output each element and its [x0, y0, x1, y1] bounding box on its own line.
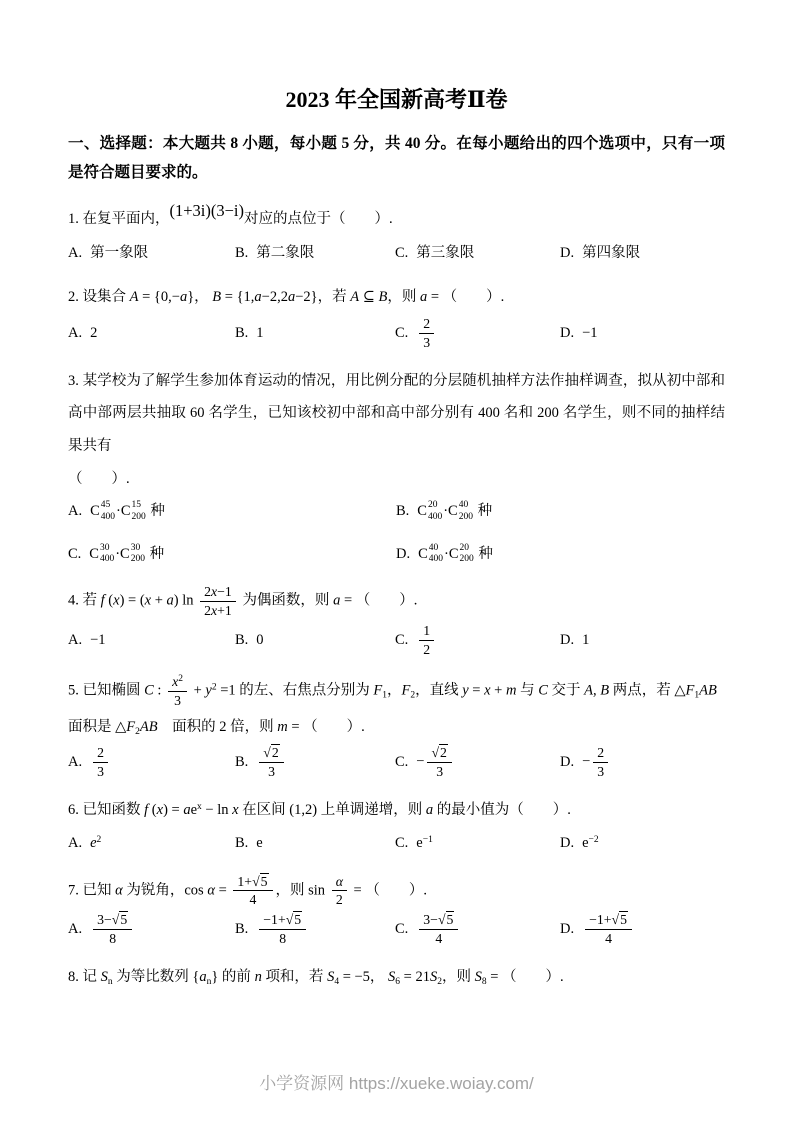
- question-3: 3. 某学校为了解学生参加体育运动的情况，用比例分配的分层随机抽样方法作抽样调查…: [68, 365, 725, 571]
- square-root: √5: [286, 911, 302, 927]
- option-C: C.−√23: [395, 743, 560, 782]
- option-label: D.: [560, 245, 574, 261]
- option-D: D.e−2: [560, 827, 725, 860]
- question-stem: 4. 若 f (x) = (x + a) ln 2x−12x+1 为偶函数，则 …: [68, 582, 725, 621]
- combination-indices: 30400: [100, 543, 114, 566]
- option-A: A.3−√58: [68, 910, 235, 949]
- fraction: 23: [593, 744, 608, 781]
- option-label: A.: [68, 835, 82, 851]
- option-A: A.23: [68, 743, 235, 782]
- option-label: C.: [395, 245, 408, 261]
- option-label: C.: [395, 921, 408, 937]
- option-C: C.e−1: [395, 827, 560, 860]
- option-A: A.C45400·C15200 种: [68, 495, 396, 528]
- combination-indices: 20400: [428, 500, 442, 523]
- option-label: D.: [560, 632, 574, 648]
- option-D: D.第四象限: [560, 237, 725, 270]
- option-label: B.: [235, 325, 248, 341]
- page-title: 2023 年全国新高考Ⅱ卷: [68, 86, 725, 115]
- fraction: α2: [332, 873, 347, 910]
- option-label: C.: [395, 632, 408, 648]
- option-label: C.: [395, 754, 408, 770]
- option-B: B.C20400·C40200 种: [396, 495, 725, 528]
- combination-indices: 45400: [101, 500, 115, 523]
- watermark-footer: 小学资源网 https://xueke.woiay.com/: [0, 1069, 793, 1094]
- option-D: D.−23: [560, 743, 725, 782]
- options-grid: A.−1B.0C.12D.1: [68, 621, 725, 660]
- fraction: 23: [419, 315, 434, 352]
- option-label: B.: [396, 503, 409, 519]
- square-root: √5: [612, 911, 628, 927]
- option-C: C.C30400·C30200 种: [68, 538, 396, 571]
- options-grid: A.3−√58B.−1+√58C.3−√54D.−1+√54: [68, 910, 725, 949]
- option-label: A.: [68, 325, 82, 341]
- option-label: D.: [560, 754, 574, 770]
- option-label: A.: [68, 503, 82, 519]
- option-label: D.: [560, 325, 574, 341]
- question-8: 8. 记 Sn 为等比数列 {an} 的前 n 项和，若 S4 = −5， S6…: [68, 961, 725, 994]
- fraction: √23: [427, 744, 451, 781]
- square-root: √5: [112, 911, 128, 927]
- option-label: B.: [235, 835, 248, 851]
- fraction: −1+√54: [585, 911, 632, 948]
- option-C: C.3−√54: [395, 910, 560, 949]
- option-D: D.−1+√54: [560, 910, 725, 949]
- square-root: √5: [438, 911, 454, 927]
- option-label: C.: [395, 325, 408, 341]
- fraction: 3−√54: [419, 911, 458, 948]
- option-B: B.第二象限: [235, 237, 395, 270]
- inline-math: (1+3i)(3−i): [170, 201, 245, 220]
- option-A: A.e2: [68, 827, 235, 860]
- option-B: B.1: [235, 317, 395, 350]
- option-label: A.: [68, 921, 82, 937]
- option-C: C.12: [395, 621, 560, 660]
- question-stem: 2. 设集合 A = {0,−a}， B = {1,a−2,2a−2}，若 A …: [68, 281, 725, 314]
- option-A: A.第一象限: [68, 237, 235, 270]
- options-grid: A.e2B.eC.e−1D.e−2: [68, 827, 725, 860]
- options-grid: A.23B.√23C.−√23D.−23: [68, 743, 725, 782]
- options-grid: A.第一象限B.第二象限C.第三象限D.第四象限: [68, 237, 725, 270]
- question-stem: 3. 某学校为了解学生参加体育运动的情况，用比例分配的分层随机抽样方法作抽样调查…: [68, 365, 725, 496]
- option-B: B.√23: [235, 743, 395, 782]
- fraction: x23: [168, 673, 187, 710]
- option-D: D.C40400·C20200 种: [396, 538, 725, 571]
- option-label: D.: [560, 835, 574, 851]
- combination-indices: 20200: [460, 543, 474, 566]
- options-grid: A.2B.1C.23D.−1: [68, 314, 725, 353]
- options-grid: A.C45400·C15200 种B.C20400·C40200 种C.C304…: [68, 495, 725, 570]
- question-stem: 7. 已知 α 为锐角，cos α = 1+√54，则 sin α2 = （ ）…: [68, 872, 725, 911]
- fraction: 12: [419, 622, 434, 659]
- question-7: 7. 已知 α 为锐角，cos α = 1+√54，则 sin α2 = （ ）…: [68, 872, 725, 950]
- exam-page: 2023 年全国新高考Ⅱ卷 一、选择题：本大题共 8 小题，每小题 5 分，共 …: [0, 0, 793, 1122]
- question-6: 6. 已知函数 f (x) = aex − ln x 在区间 (1,2) 上单调…: [68, 794, 725, 859]
- combination-indices: 30200: [131, 543, 145, 566]
- question-stem: 8. 记 Sn 为等比数列 {an} 的前 n 项和，若 S4 = −5， S6…: [68, 961, 725, 994]
- square-root: √5: [252, 873, 268, 889]
- option-D: D.1: [560, 624, 725, 657]
- option-C: C.23: [395, 314, 560, 353]
- combination-indices: 15200: [132, 500, 146, 523]
- square-root: √2: [263, 744, 279, 760]
- option-D: D.−1: [560, 317, 725, 350]
- question-5: 5. 已知椭圆 C : x23 + y2 =1 的左、右焦点分别为 F1，F2，…: [68, 672, 725, 782]
- question-4: 4. 若 f (x) = (x + a) ln 2x−12x+1 为偶函数，则 …: [68, 582, 725, 660]
- option-label: C.: [68, 546, 81, 562]
- fraction: 2x−12x+1: [200, 583, 236, 620]
- option-label: B.: [235, 632, 248, 648]
- option-B: B.e: [235, 827, 395, 860]
- fraction: √23: [259, 744, 283, 781]
- option-label: B.: [235, 921, 248, 937]
- section-heading: 一、选择题：本大题共 8 小题，每小题 5 分，共 40 分。在每小题给出的四个…: [68, 129, 725, 188]
- question-1: 1. 在复平面内，(1+3i)(3−i)对应的点位于（ ）.A.第一象限B.第二…: [68, 199, 725, 269]
- square-root: √2: [431, 744, 447, 760]
- question-2: 2. 设集合 A = {0,−a}， B = {1,a−2,2a−2}，若 A …: [68, 281, 725, 352]
- option-label: A.: [68, 754, 82, 770]
- option-label: A.: [68, 632, 82, 648]
- option-label: C.: [395, 835, 408, 851]
- option-C: C.第三象限: [395, 237, 560, 270]
- fraction: 23: [93, 744, 108, 781]
- option-label: D.: [396, 546, 410, 562]
- question-stem: 6. 已知函数 f (x) = aex − ln x 在区间 (1,2) 上单调…: [68, 794, 725, 827]
- option-B: B.−1+√58: [235, 910, 395, 949]
- option-label: D.: [560, 921, 574, 937]
- option-A: A.−1: [68, 624, 235, 657]
- option-label: A.: [68, 245, 82, 261]
- question-stem: 5. 已知椭圆 C : x23 + y2 =1 的左、右焦点分别为 F1，F2，…: [68, 672, 725, 743]
- combination-indices: 40200: [459, 500, 473, 523]
- question-list: 1. 在复平面内，(1+3i)(3−i)对应的点位于（ ）.A.第一象限B.第二…: [68, 199, 725, 993]
- fraction: 1+√54: [233, 873, 272, 910]
- option-B: B.0: [235, 624, 395, 657]
- combination-indices: 40400: [429, 543, 443, 566]
- option-label: B.: [235, 245, 248, 261]
- fraction: −1+√58: [259, 911, 306, 948]
- option-label: B.: [235, 754, 248, 770]
- option-A: A.2: [68, 317, 235, 350]
- fraction: 3−√58: [93, 911, 132, 948]
- question-stem: 1. 在复平面内，(1+3i)(3−i)对应的点位于（ ）.: [68, 199, 725, 236]
